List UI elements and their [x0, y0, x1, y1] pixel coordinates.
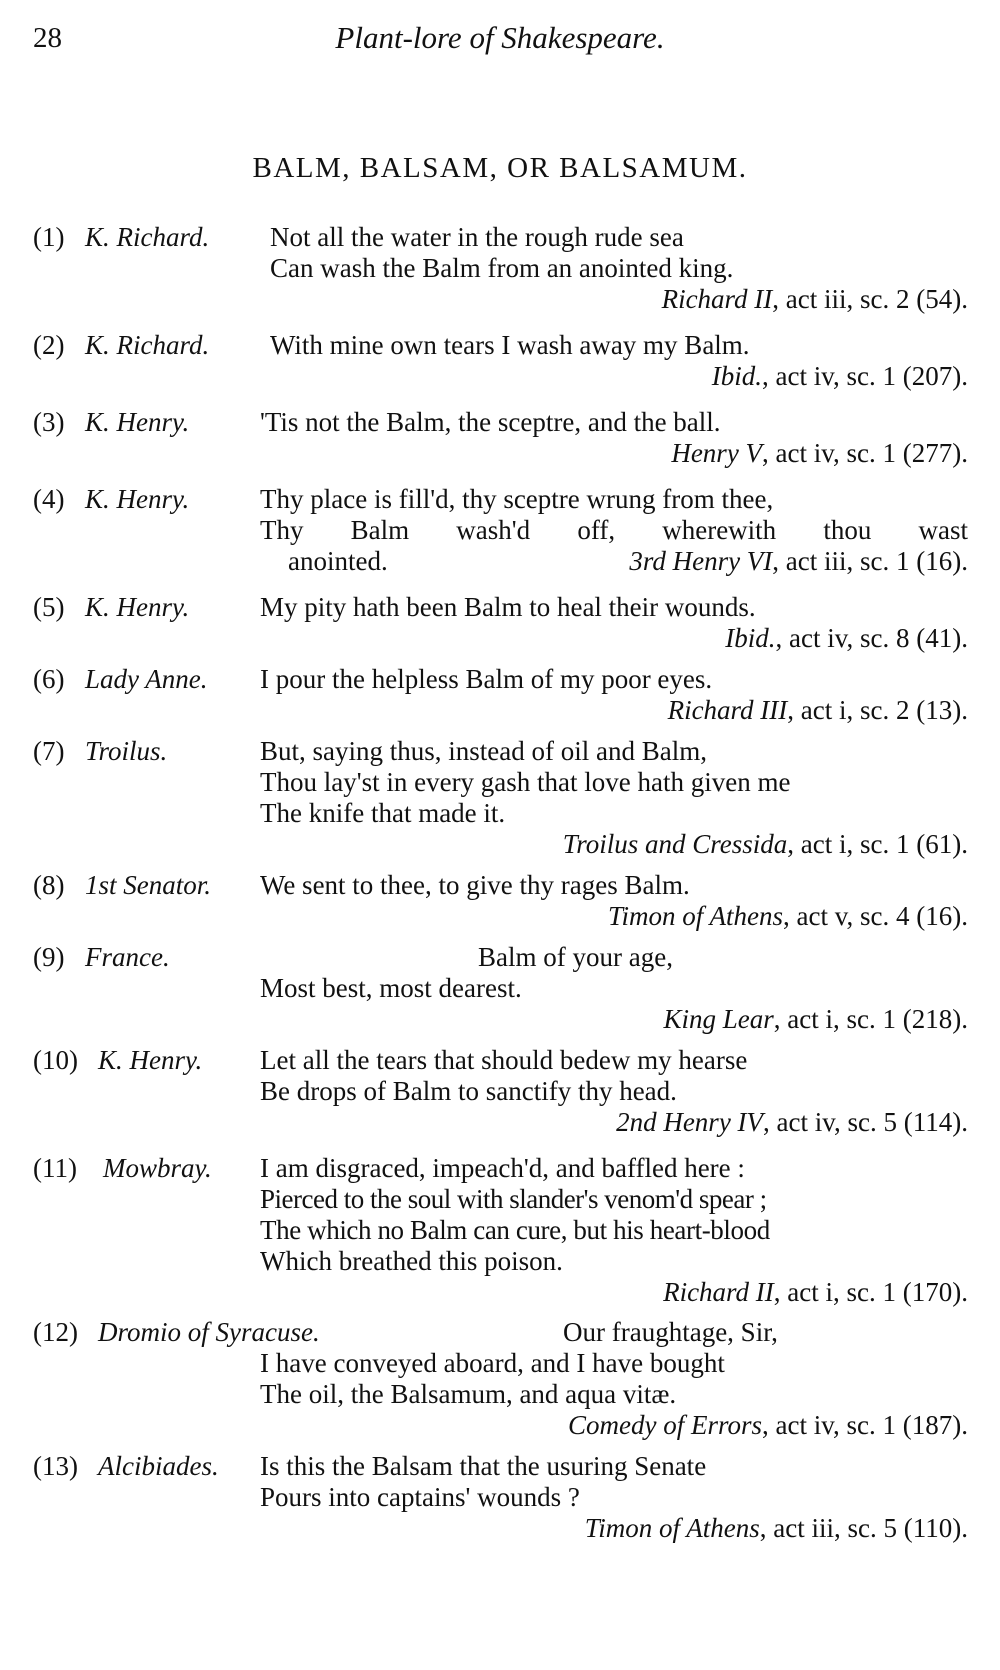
- quotation-entry: (10)K. Henry.Let all the tears that shou…: [33, 1045, 973, 1138]
- quote-line: anointed.: [288, 546, 388, 577]
- citation: Richard II, act i, sc. 1 (170).: [33, 1277, 973, 1308]
- quote-line: Be drops of Balm to sanctify thy head.: [260, 1076, 677, 1107]
- quote-line: I am disgraced, impeach'd, and baffled h…: [260, 1153, 745, 1184]
- entry-number: (12): [33, 1317, 78, 1348]
- citation-play: 2nd Henry IV: [616, 1107, 763, 1137]
- speaker: Mowbray.: [103, 1153, 212, 1184]
- quotation-entry: (13)Alcibiades.Is this the Balsam that t…: [33, 1451, 973, 1544]
- quote-line: The oil, the Balsamum, and aqua vitæ.: [260, 1379, 676, 1410]
- speaker: Troilus.: [85, 736, 167, 767]
- entry-number: (8): [33, 870, 64, 901]
- quotation-entry: (9)France.Balm of your age, Most best, m…: [33, 942, 973, 1035]
- citation-ref: , act iv, sc. 5 (114).: [763, 1107, 968, 1137]
- quote-line: Is this the Balsam that the usuring Sena…: [260, 1451, 706, 1482]
- quotation-entry: (6)Lady Anne.I pour the helpless Balm of…: [33, 664, 973, 726]
- quote-line: Balm of your age,: [478, 942, 673, 973]
- citation-play: Timon of Athens: [585, 1513, 760, 1543]
- citation: Timon of Athens, act v, sc. 4 (16).: [33, 901, 973, 932]
- quotation-list: (1)K. Richard.Not all the water in the r…: [33, 222, 973, 1553]
- citation: Ibid., act iv, sc. 8 (41).: [33, 623, 973, 654]
- citation-ref: , act i, sc. 1 (218).: [774, 1004, 968, 1034]
- citation-play: Ibid.: [712, 361, 762, 391]
- entry-number: (7): [33, 736, 64, 767]
- quote-line: Which breathed this poison.: [260, 1246, 563, 1277]
- speaker: France.: [85, 942, 170, 973]
- quote-line: The knife that made it.: [260, 798, 505, 829]
- speaker: 1st Senator.: [85, 870, 211, 901]
- citation-play: Richard III: [668, 695, 788, 725]
- citation-play: Comedy of Errors: [568, 1410, 762, 1440]
- quote-line: Thy Balm wash'd off, wherewith thou wast: [260, 515, 968, 546]
- citation-ref: , act iv, sc. 1 (207).: [762, 361, 968, 391]
- citation: Troilus and Cressida, act i, sc. 1 (61).: [33, 829, 973, 860]
- citation-ref: , act iii, sc. 1 (16).: [772, 546, 968, 576]
- citation: King Lear, act i, sc. 1 (218).: [33, 1004, 973, 1035]
- entry-number: (1): [33, 222, 64, 253]
- quote-line: I have conveyed aboard, and I have bough…: [260, 1348, 725, 1379]
- quote-line: Pours into captains' wounds ?: [260, 1482, 580, 1513]
- quote-line: Thou lay'st in every gash that love hath…: [260, 767, 790, 798]
- entry-number: (10): [33, 1045, 78, 1076]
- citation-play: Troilus and Cressida: [563, 829, 788, 859]
- quote-line: Not all the water in the rough rude sea: [270, 222, 684, 253]
- citation-ref: , act iii, sc. 5 (110).: [760, 1513, 968, 1543]
- speaker: K. Richard.: [85, 330, 209, 361]
- quote-line: But, saying thus, instead of oil and Bal…: [260, 736, 707, 767]
- citation-ref: , act iv, sc. 1 (277).: [762, 438, 968, 468]
- entry-number: (3): [33, 407, 64, 438]
- section-title: BALM, BALSAM, OR BALSAMUM.: [0, 152, 1000, 185]
- citation: 2nd Henry IV, act iv, sc. 5 (114).: [33, 1107, 973, 1138]
- entry-number: (5): [33, 592, 64, 623]
- citation-play: Henry V: [671, 438, 762, 468]
- citation-ref: , act i, sc. 2 (13).: [787, 695, 968, 725]
- entry-number: (9): [33, 942, 64, 973]
- citation-ref: , act iv, sc. 1 (187).: [762, 1410, 968, 1440]
- quotation-entry: (4)K. Henry.Thy place is fill'd, thy sce…: [33, 484, 973, 577]
- citation-play: Richard II: [663, 1277, 774, 1307]
- entry-number: (11): [33, 1153, 77, 1184]
- speaker: K. Richard.: [85, 222, 209, 253]
- quote-line: We sent to thee, to give thy rages Balm.: [260, 870, 690, 901]
- quotation-entry: (5)K. Henry.My pity hath been Balm to he…: [33, 592, 973, 654]
- citation: Richard III, act i, sc. 2 (13).: [33, 695, 973, 726]
- citation: Ibid., act iv, sc. 1 (207).: [33, 361, 973, 392]
- quotation-entry: (7)Troilus.But, saying thus, instead of …: [33, 736, 973, 860]
- quote-line: I pour the helpless Balm of my poor eyes…: [260, 664, 712, 695]
- speaker: K. Henry.: [85, 407, 189, 438]
- speaker: K. Henry.: [98, 1045, 202, 1076]
- entry-number: (2): [33, 330, 64, 361]
- running-title: Plant-lore of Shakespeare.: [0, 20, 1000, 56]
- speaker: Dromio of Syracuse.: [98, 1317, 320, 1348]
- citation: Henry V, act iv, sc. 1 (277).: [33, 438, 973, 469]
- entry-number: (4): [33, 484, 64, 515]
- quotation-entry: (12)Dromio of Syracuse.Our fraughtage, S…: [33, 1317, 973, 1441]
- citation-play: King Lear: [664, 1004, 774, 1034]
- quote-line: Let all the tears that should bedew my h…: [260, 1045, 747, 1076]
- citation-ref: , act iii, sc. 2 (54).: [772, 284, 968, 314]
- speaker: K. Henry.: [85, 484, 189, 515]
- citation-play: Richard II: [662, 284, 773, 314]
- entry-number: (6): [33, 664, 64, 695]
- citation: Richard II, act iii, sc. 2 (54).: [33, 284, 973, 315]
- citation: Timon of Athens, act iii, sc. 5 (110).: [33, 1513, 973, 1544]
- quotation-entry: (8)1st Senator.We sent to thee, to give …: [33, 870, 973, 932]
- speaker: Lady Anne.: [85, 664, 208, 695]
- citation: Comedy of Errors, act iv, sc. 1 (187).: [33, 1410, 973, 1441]
- quote-line: Most best, most dearest.: [260, 973, 522, 1004]
- citation-play: 3rd Henry VI: [629, 546, 772, 576]
- quote-line: Thy place is fill'd, thy sceptre wrung f…: [260, 484, 773, 515]
- quotation-entry: (3)K. Henry.'Tis not the Balm, the scept…: [33, 407, 973, 469]
- speaker: Alcibiades.: [98, 1451, 219, 1482]
- quote-line: With mine own tears I wash away my Balm.: [270, 330, 750, 361]
- citation-ref: , act i, sc. 1 (61).: [787, 829, 968, 859]
- entry-number: (13): [33, 1451, 78, 1482]
- citation-ref: , act v, sc. 4 (16).: [783, 901, 968, 931]
- citation: 3rd Henry VI, act iii, sc. 1 (16).: [629, 546, 968, 577]
- speaker: K. Henry.: [85, 592, 189, 623]
- citation-play: Ibid.: [725, 623, 775, 653]
- citation-ref: , act iv, sc. 8 (41).: [776, 623, 968, 653]
- citation-ref: , act i, sc. 1 (170).: [774, 1277, 968, 1307]
- citation-play: Timon of Athens: [608, 901, 783, 931]
- quote-line: Our fraughtage, Sir,: [563, 1317, 778, 1348]
- quote-line: 'Tis not the Balm, the sceptre, and the …: [260, 407, 721, 438]
- quotation-entry: (2)K. Richard.With mine own tears I wash…: [33, 330, 973, 392]
- quote-line: The which no Balm can cure, but his hear…: [260, 1215, 770, 1246]
- quote-line: Pierced to the soul with slander's venom…: [260, 1184, 767, 1215]
- quotation-entry: (11)Mowbray.I am disgraced, impeach'd, a…: [33, 1153, 973, 1308]
- quote-line: My pity hath been Balm to heal their wou…: [260, 592, 756, 623]
- quote-line: Can wash the Balm from an anointed king.: [270, 253, 733, 284]
- quotation-entry: (1)K. Richard.Not all the water in the r…: [33, 222, 973, 315]
